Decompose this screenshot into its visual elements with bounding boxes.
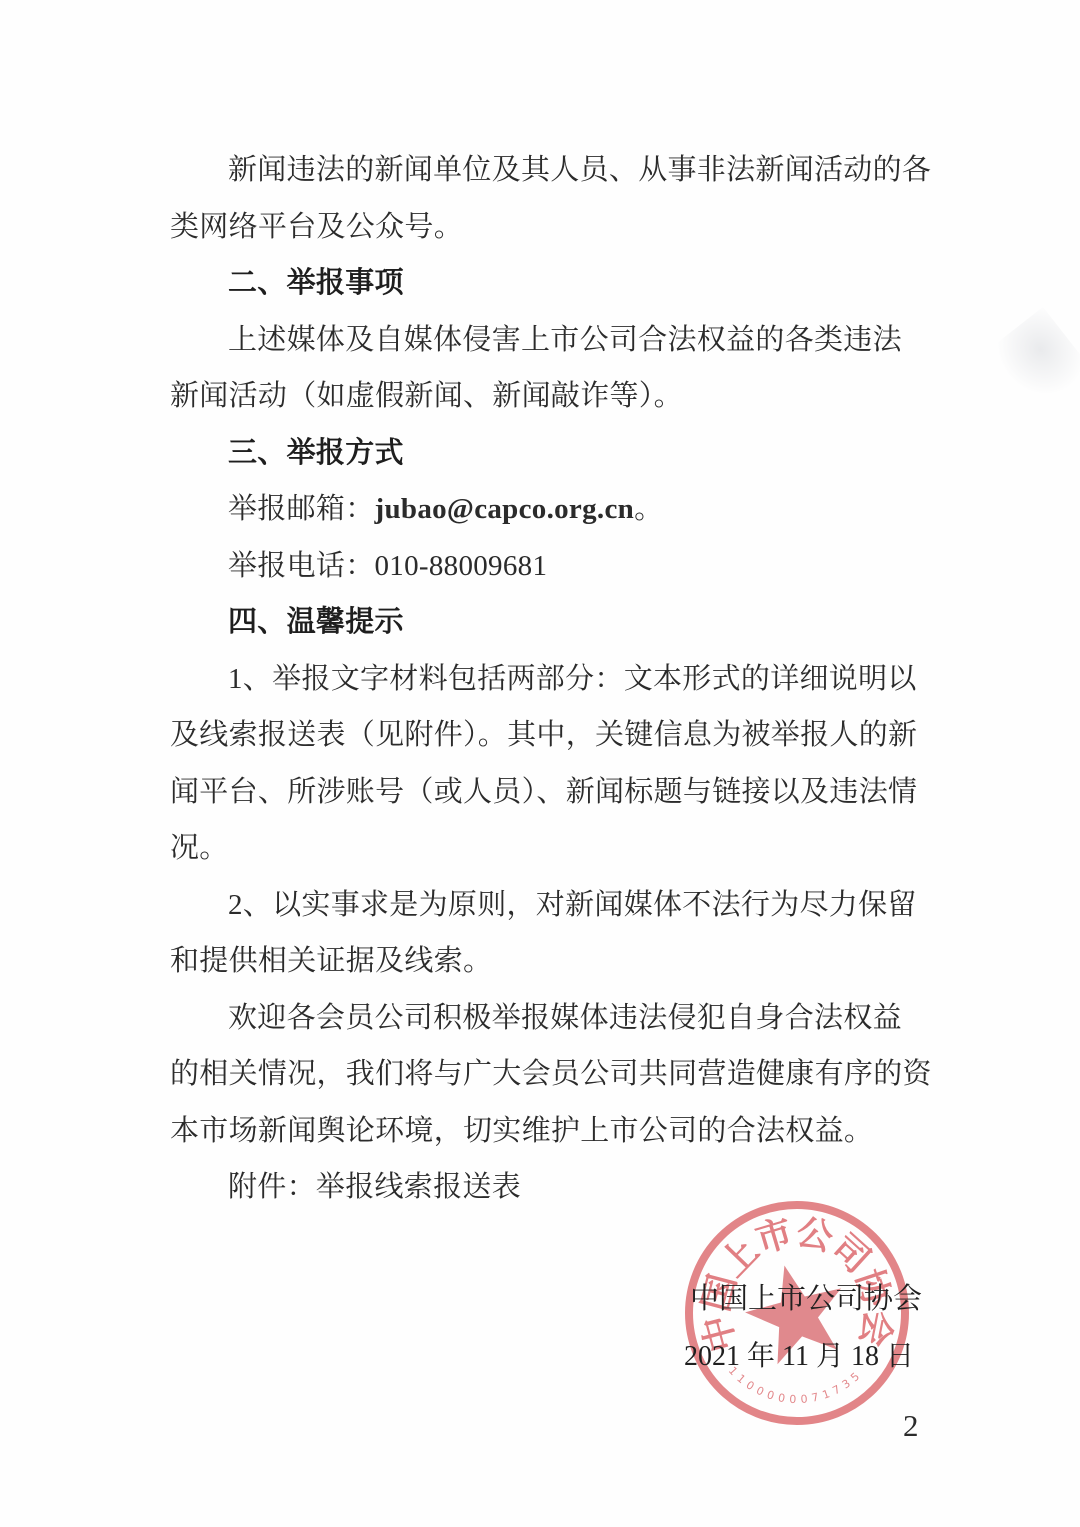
text-segment: 新闻活动（如虚假新闻、新闻敲诈等）。 [170, 380, 683, 412]
text-segment: 新闻违法的新闻单位及其人员、从事非法新闻活动的各 [228, 154, 931, 186]
text-line: 类网络平台及公众号。 [170, 199, 952, 256]
text-line: 上述媒体及自媒体侵害上市公司合法权益的各类违法 [170, 312, 952, 369]
text-segment: 及线索报送表（见附件）。其中，关键信息为被举报人的新 [170, 719, 917, 751]
text-line: 本市场新闻舆论环境，切实维护上市公司的合法权益。 [170, 1103, 952, 1160]
text-line: 闻平台、所涉账号（或人员）、新闻标题与链接以及违法情 [170, 764, 952, 821]
text-line: 2、以实事求是为原则，对新闻媒体不法行为尽力保留 [170, 877, 952, 934]
text-segment: 本市场新闻舆论环境，切实维护上市公司的合法权益。 [170, 1115, 873, 1147]
text-segment: 2、以实事求是为原则，对新闻媒体不法行为尽力保留 [228, 889, 917, 921]
text-segment: 。 [634, 493, 663, 525]
text-line: 举报电话：010-88009681 [170, 538, 952, 595]
text-segment: 欢迎各会员公司积极举报媒体违法侵犯自身合法权益 [228, 1002, 902, 1034]
text-line: 附件：举报线索报送表 [170, 1159, 952, 1216]
text-segment: 的相关情况，我们将与广大会员公司共同营造健康有序的资 [170, 1058, 932, 1090]
text-line: 新闻活动（如虚假新闻、新闻敲诈等）。 [170, 368, 952, 425]
scan-artifact [988, 307, 1080, 413]
text-line: 举报邮箱：jubao@capco.org.cn。 [170, 481, 952, 538]
text-segment: 四、温馨提示 [228, 606, 404, 638]
signature-date: 2021 年 11 月 18 日 [684, 1334, 914, 1374]
text-segment: 三、举报方式 [228, 437, 404, 469]
text-segment: 举报电话：010-88009681 [228, 550, 547, 582]
text-segment: 二、举报事项 [228, 267, 404, 299]
scanned-document-page: 新闻违法的新闻单位及其人员、从事非法新闻活动的各类网络平台及公众号。二、举报事项… [0, 0, 1080, 1527]
text-line: 及线索报送表（见附件）。其中，关键信息为被举报人的新 [170, 707, 952, 764]
text-line: 1、举报文字材料包括两部分：文本形式的详细说明以 [170, 651, 952, 708]
section-heading: 三、举报方式 [170, 425, 952, 482]
text-line: 欢迎各会员公司积极举报媒体违法侵犯自身合法权益 [170, 990, 952, 1047]
text-line: 的相关情况，我们将与广大会员公司共同营造健康有序的资 [170, 1046, 952, 1103]
text-segment: 和提供相关证据及线索。 [170, 945, 492, 977]
section-heading: 四、温馨提示 [170, 594, 952, 651]
text-segment: 1、举报文字材料包括两部分：文本形式的详细说明以 [228, 663, 917, 695]
document-body: 新闻违法的新闻单位及其人员、从事非法新闻活动的各类网络平台及公众号。二、举报事项… [170, 142, 952, 1216]
text-segment: 类网络平台及公众号。 [170, 211, 463, 243]
text-line: 和提供相关证据及线索。 [170, 933, 952, 990]
emphasized-text: jubao@capco.org.cn [375, 493, 635, 525]
text-segment: 闻平台、所涉账号（或人员）、新闻标题与链接以及违法情 [170, 776, 917, 808]
section-heading: 二、举报事项 [170, 255, 952, 312]
text-segment: 况。 [170, 832, 229, 864]
signature-org-name: 中国上市公司协会 [690, 1276, 922, 1317]
text-segment: 举报邮箱： [228, 493, 375, 525]
text-segment: 附件：举报线索报送表 [228, 1171, 521, 1203]
text-segment: 上述媒体及自媒体侵害上市公司合法权益的各类违法 [228, 324, 902, 356]
page-number: 2 [903, 1408, 919, 1444]
text-line: 新闻违法的新闻单位及其人员、从事非法新闻活动的各 [170, 142, 952, 199]
text-line: 况。 [170, 820, 952, 877]
